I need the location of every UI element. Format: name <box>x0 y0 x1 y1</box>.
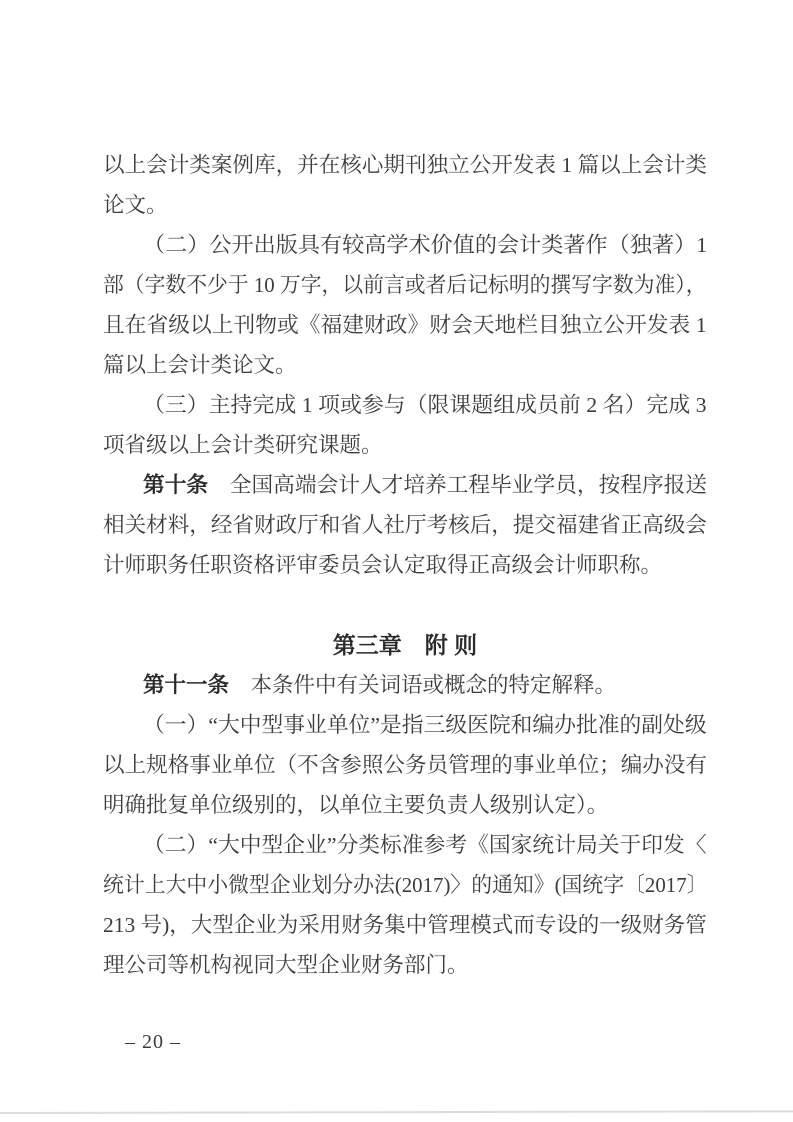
document-line: 篇以上会计类论文。 <box>103 345 707 385</box>
document-line-text: 相关材料，经省财政厅和省人社厅考核后，提交福建省正高级会 <box>103 505 707 545</box>
document-line-text: 项省级以上会计类研究课题。 <box>103 425 383 465</box>
document-line: 统计上大中小微型企业划分办法(2017)〉的通知》(国统字〔2017〕 <box>103 865 707 905</box>
document-line-text: （三）主持完成 1 项或参与（限课题组成员前 2 名）完成 3 <box>143 385 707 425</box>
document-line: 明确批复单位级别的，以单位主要负责人级别认定）。 <box>103 785 707 825</box>
document-line-text: 计师职务任职资格评审委员会认定取得正高级会计师职称。 <box>103 545 662 585</box>
article-number: 第十一条 <box>143 673 229 697</box>
document-line: 计师职务任职资格评审委员会认定取得正高级会计师职称。 <box>103 545 707 585</box>
document-line: 第十一条 本条件中有关词语或概念的特定解释。 <box>103 665 707 705</box>
document-line-text: （一）“大中型事业单位”是指三级医院和编办批准的副处级 <box>143 705 707 745</box>
document-line-text: 213 号)，大型企业为采用财务集中管理模式而专设的一级财务管 <box>103 905 707 945</box>
document-line: （一）“大中型事业单位”是指三级医院和编办批准的副处级 <box>103 705 707 745</box>
document-line: 第十条 全国高端会计人才培养工程毕业学员，按程序报送 <box>103 465 707 505</box>
document-line-text: 论文。 <box>103 185 168 225</box>
document-line-text: 篇以上会计类论文。 <box>103 345 297 385</box>
document-line-text: （二）“大中型企业”分类标准参考《国家统计局关于印发〈 <box>143 825 707 865</box>
document-line: 相关材料，经省财政厅和省人社厅考核后，提交福建省正高级会 <box>103 505 707 545</box>
document-line: 以上规格事业单位（不含参照公务员管理的事业单位；编办没有 <box>103 745 707 785</box>
scan-edge-line <box>0 1110 793 1114</box>
document-body: 以上会计类案例库，并在核心期刊独立公开发表 1 篇以上会计类论文。（二）公开出版… <box>103 145 707 985</box>
document-line: 项省级以上会计类研究课题。 <box>103 425 707 465</box>
document-line-text: （二）公开出版具有较高学术价值的会计类著作（独著）1 <box>143 225 707 265</box>
page-number: – 20 – <box>125 1030 181 1054</box>
document-line-text: 理公司等机构视同大型企业财务部门。 <box>103 945 469 985</box>
document-line-text: 统计上大中小微型企业划分办法(2017)〉的通知》(国统字〔2017〕 <box>103 865 707 905</box>
document-line: 以上会计类案例库，并在核心期刊独立公开发表 1 篇以上会计类 <box>103 145 707 185</box>
document-line-text: 明确批复单位级别的，以单位主要负责人级别认定）。 <box>103 785 608 825</box>
document-line: 理公司等机构视同大型企业财务部门。 <box>103 945 707 985</box>
document-line-text: 以上规格事业单位（不含参照公务员管理的事业单位；编办没有 <box>103 745 707 785</box>
paragraph-spacer <box>103 585 707 625</box>
document-line: 213 号)，大型企业为采用财务集中管理模式而专设的一级财务管 <box>103 905 707 945</box>
document-line-text: 部（字数不少于 10 万字，以前言或者后记标明的撰写字数为准）， <box>103 265 707 305</box>
document-line: 部（字数不少于 10 万字，以前言或者后记标明的撰写字数为准）， <box>103 265 707 305</box>
document-line-text: 第十条 全国高端会计人才培养工程毕业学员，按程序报送 <box>143 465 707 505</box>
document-line: 且在省级以上刊物或《福建财政》财会天地栏目独立公开发表 1 <box>103 305 707 345</box>
document-line-text: 且在省级以上刊物或《福建财政》财会天地栏目独立公开发表 1 <box>103 305 707 345</box>
document-line: （二）公开出版具有较高学术价值的会计类著作（独著）1 <box>103 225 707 265</box>
document-line-text: 以上会计类案例库，并在核心期刊独立公开发表 1 篇以上会计类 <box>103 145 707 185</box>
article-number: 第十条 <box>143 473 208 497</box>
chapter-heading: 第三章 附 则 <box>103 625 707 665</box>
document-page: 以上会计类案例库，并在核心期刊独立公开发表 1 篇以上会计类论文。（二）公开出版… <box>0 0 793 1122</box>
document-line: （三）主持完成 1 项或参与（限课题组成员前 2 名）完成 3 <box>103 385 707 425</box>
document-line: （二）“大中型企业”分类标准参考《国家统计局关于印发〈 <box>103 825 707 865</box>
document-line: 论文。 <box>103 185 707 225</box>
document-line-text: 第十一条 本条件中有关词语或概念的特定解释。 <box>143 665 616 705</box>
